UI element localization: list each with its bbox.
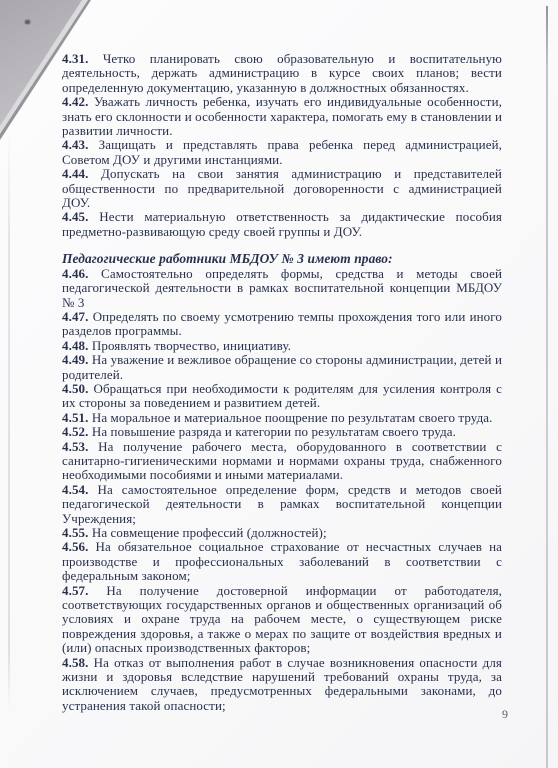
clause-text: На совмещение профессий (должностей); [89,525,327,540]
clause-paragraph: 4.47. Определять по своему усмотрению те… [62,310,502,339]
scan-speck-dot [25,20,30,24]
clause-paragraph: 4.58. На отказ от выполнения работ в слу… [62,656,502,714]
clause-number: 4.57. [62,583,89,598]
clause-number: 4.51. [62,410,89,425]
clause-number: 4.44. [62,166,89,181]
clause-paragraph: 4.52. На повышение разряда и категории п… [62,425,502,439]
clause-paragraph: 4.44. Допускать на свои занятия админист… [62,167,502,210]
clause-paragraph: 4.54. На самостоятельное определение фор… [62,483,502,526]
clause-text: Уважать личность ребенка, изучать его ин… [62,94,502,138]
clause-paragraph: 4.50. Обращаться при необходимости к род… [62,382,502,411]
clauses-section-rights: 4.46. Самостоятельно определять формы, с… [62,267,502,714]
clause-text: На получение рабочего места, оборудованн… [62,439,502,483]
clauses-section-duties: 4.31. Четко планировать свою образовател… [62,52,502,239]
clause-paragraph: 4.49. На уважение и вежливое обращение с… [62,353,502,382]
clause-number: 4.58. [62,655,89,670]
clause-text: На самостоятельное определение форм, сре… [62,482,502,526]
clause-number: 4.45. [62,209,89,224]
clause-paragraph: 4.46. Самостоятельно определять формы, с… [62,267,502,310]
clause-text: На отказ от выполнения работ в случае во… [62,655,502,713]
page-edge-line-left [8,130,10,710]
document-body: 4.31. Четко планировать свою образовател… [62,52,502,713]
clause-text: Проявлять творчество, инициативу. [89,338,292,353]
clause-text: Самостоятельно определять формы, средств… [62,266,502,310]
clause-number: 4.31. [62,51,89,66]
clause-number: 4.43. [62,137,89,152]
clause-number: 4.50. [62,381,89,396]
clause-paragraph: 4.45. Нести материальную ответственность… [62,210,502,239]
clause-text: На уважение и вежливое обращение со стор… [62,352,502,381]
clause-paragraph: 4.57. На получение достоверной информаци… [62,584,502,656]
clause-paragraph: 4.53. На получение рабочего места, обору… [62,440,502,483]
scanned-document-page: 4.31. Четко планировать свою образовател… [0,0,558,768]
clause-text: Обращаться при необходимости к родителям… [62,381,502,410]
clause-text: На повышение разряда и категории по резу… [89,424,457,439]
clause-text: Четко планировать свою образовательную и… [62,51,502,95]
clause-paragraph: 4.43. Защищать и представлять права ребе… [62,138,502,167]
clause-number: 4.52. [62,424,89,439]
clause-paragraph: 4.56. На обязательное социальное страхов… [62,540,502,583]
page-edge-line-right [546,6,548,768]
page-number: 9 [502,707,508,722]
clause-paragraph: 4.31. Четко планировать свою образовател… [62,52,502,95]
clause-text: Защищать и представлять права ребенка пе… [62,137,502,166]
clause-number: 4.46. [62,266,89,281]
clause-number: 4.47. [62,309,89,324]
clause-number: 4.42. [62,94,89,109]
clause-number: 4.48. [62,338,89,353]
clause-paragraph: 4.42. Уважать личность ребенка, изучать … [62,95,502,138]
clause-text: Допускать на свои занятия администрацию … [62,166,502,210]
clause-paragraph: 4.55. На совмещение профессий (должносте… [62,526,502,540]
clause-paragraph: 4.48. Проявлять творчество, инициативу. [62,339,502,353]
clause-paragraph: 4.51. На моральное и материальное поощре… [62,411,502,425]
clause-number: 4.54. [62,482,89,497]
clause-text: На обязательное социальное страхование о… [62,539,502,583]
clause-number: 4.55. [62,525,89,540]
clause-number: 4.49. [62,352,89,367]
clause-text: На получение достоверной информации от р… [62,583,502,656]
clause-text: Нести материальную ответственность за ди… [62,209,502,238]
clause-number: 4.53. [62,439,89,454]
clause-text: Определять по своему усмотрению темпы пр… [62,309,502,338]
section-heading: Педагогические работники МБДОУ № 3 имеют… [62,252,502,266]
clause-number: 4.56. [62,539,89,554]
clause-text: На моральное и материальное поощрение по… [89,410,493,425]
